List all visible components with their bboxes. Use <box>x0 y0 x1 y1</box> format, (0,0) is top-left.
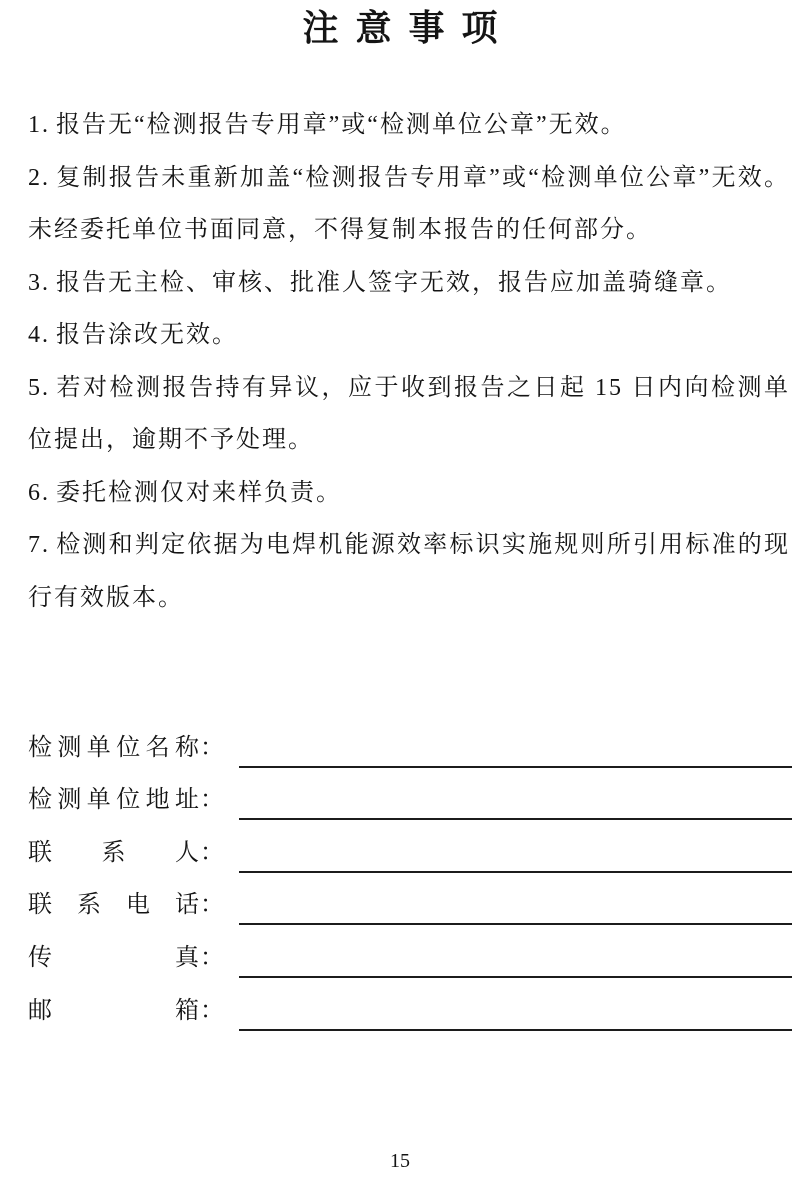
note-item-5: 5.若对检测报告持有异议，应于收到报告之日起 15 日内向检测单位提出，逾期不予… <box>28 362 790 467</box>
page-title: 注意事项 <box>0 0 800 50</box>
note-text: 若对检测报告持有异议，应于收到报告之日起 15 日内向检测单位提出，逾期不予处理… <box>28 375 790 454</box>
field-colon: ： <box>200 890 225 925</box>
blank-line-unit-address <box>239 776 792 820</box>
note-number: 2. <box>28 165 56 191</box>
note-number: 7. <box>28 532 56 558</box>
field-colon: ： <box>200 838 225 873</box>
contact-info-form: 检测单位名称： 检测单位地址： 联系人： 联系电话： 传真： 邮箱： <box>28 715 792 1031</box>
note-number: 1. <box>28 112 56 138</box>
note-number: 5. <box>28 375 56 401</box>
field-label: 联系人 <box>28 838 200 873</box>
blank-line-phone <box>239 881 792 925</box>
note-item-7: 7.检测和判定依据为电焊机能源效率标识实施规则所引用标准的现行有效版本。 <box>28 519 790 624</box>
note-text: 委托检测仅对来样负责。 <box>56 480 342 506</box>
form-row-contact-person: 联系人： <box>28 820 792 873</box>
note-number: 3. <box>28 270 56 296</box>
field-label: 检测单位地址 <box>28 785 200 820</box>
field-label: 联系电话 <box>28 890 200 925</box>
form-row-unit-address: 检测单位地址： <box>28 768 792 821</box>
document-page: 注意事项 1.报告无“检测报告专用章”或“检测单位公章”无效。 2.复制报告未重… <box>0 0 800 1185</box>
note-text: 报告涂改无效。 <box>56 322 238 348</box>
field-label: 检测单位名称 <box>28 733 200 768</box>
blank-line-email <box>239 987 792 1031</box>
field-label: 邮箱 <box>28 996 200 1031</box>
note-item-1: 1.报告无“检测报告专用章”或“检测单位公章”无效。 <box>28 99 790 152</box>
note-number: 4. <box>28 322 56 348</box>
form-row-phone: 联系电话： <box>28 873 792 926</box>
note-text: 报告无“检测报告专用章”或“检测单位公章”无效。 <box>56 112 627 138</box>
note-text: 报告无主检、审核、批准人签字无效，报告应加盖骑缝章。 <box>56 270 732 296</box>
field-label: 传真 <box>28 943 200 978</box>
form-row-fax: 传真： <box>28 925 792 978</box>
blank-line-unit-name <box>239 724 792 768</box>
field-colon: ： <box>200 733 225 768</box>
blank-line-fax <box>239 934 792 978</box>
note-item-6: 6.委托检测仅对来样负责。 <box>28 467 790 520</box>
field-colon: ： <box>200 996 225 1031</box>
note-number: 6. <box>28 480 56 506</box>
note-item-2: 2.复制报告未重新加盖“检测报告专用章”或“检测单位公章”无效。未经委托单位书面… <box>28 152 790 257</box>
note-text: 复制报告未重新加盖“检测报告专用章”或“检测单位公章”无效。未经委托单位书面同意… <box>28 165 790 244</box>
note-text: 检测和判定依据为电焊机能源效率标识实施规则所引用标准的现行有效版本。 <box>28 532 790 611</box>
note-item-4: 4.报告涂改无效。 <box>28 309 790 362</box>
notes-list: 1.报告无“检测报告专用章”或“检测单位公章”无效。 2.复制报告未重新加盖“检… <box>28 99 790 624</box>
blank-line-contact-person <box>239 829 792 873</box>
page-number: 15 <box>0 1150 800 1173</box>
form-row-unit-name: 检测单位名称： <box>28 715 792 768</box>
field-colon: ： <box>200 943 225 978</box>
form-row-email: 邮箱： <box>28 978 792 1031</box>
note-item-3: 3.报告无主检、审核、批准人签字无效，报告应加盖骑缝章。 <box>28 257 790 310</box>
field-colon: ： <box>200 785 225 820</box>
